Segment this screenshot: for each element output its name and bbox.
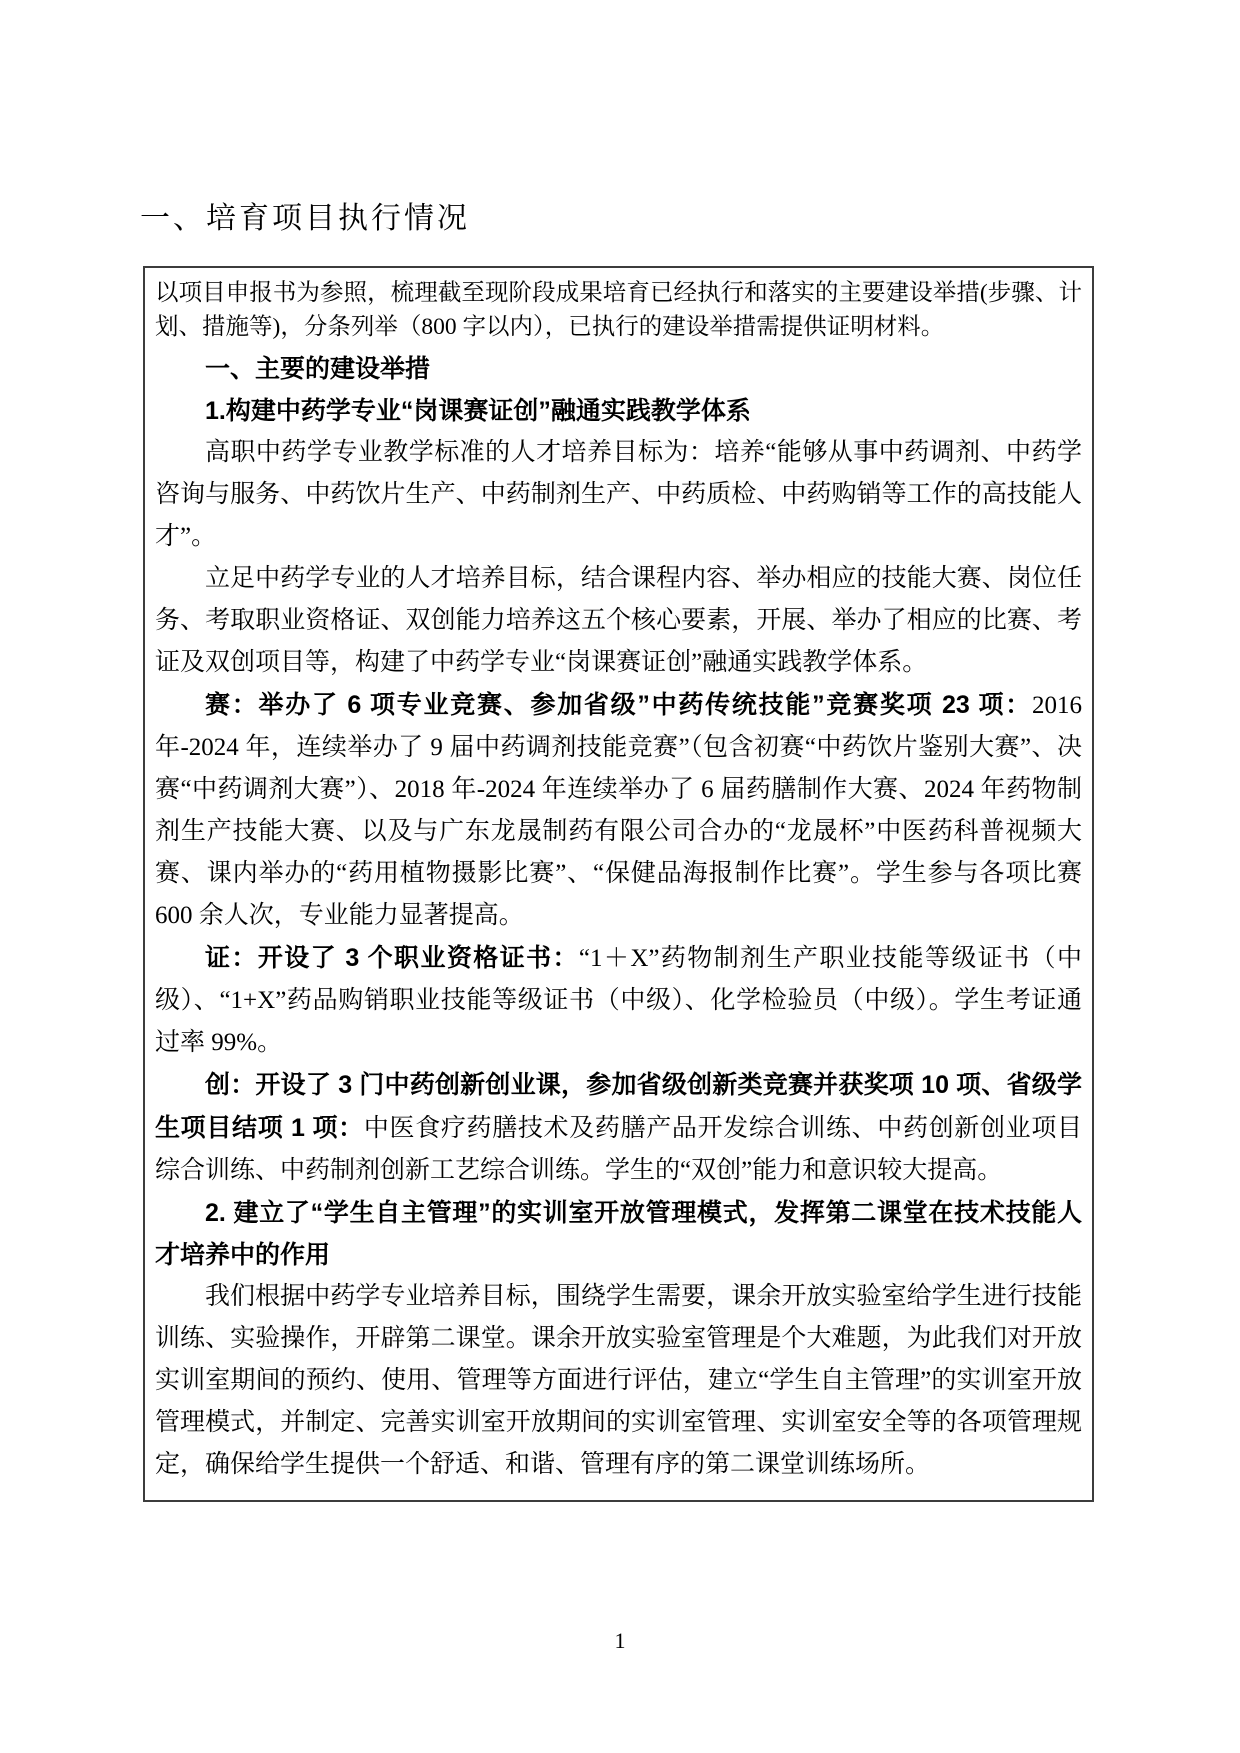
- competitions-lead-bold: 赛：举办了 6 项专业竞赛、参加省级”中药传统技能”竞赛奖项 23 项：: [205, 691, 1032, 719]
- heading-main-measures: 一、主要的建设举措: [155, 348, 1082, 390]
- paragraph-competitions: 赛：举办了 6 项专业竞赛、参加省级”中药传统技能”竞赛奖项 23 项：2016…: [155, 684, 1082, 937]
- paragraph-innovation: 创：开设了 3 门中药创新创业课，参加省级创新类竞赛并获奖项 10 项、省级学生…: [155, 1064, 1082, 1192]
- competitions-detail-text: 2016 年-2024 年，连续举办了 9 届中药调剂技能竞赛”（包含初赛“中药…: [155, 692, 1082, 929]
- certificates-lead-bold: 证：开设了 3 个职业资格证书：: [205, 944, 579, 972]
- paragraph-certificates: 证：开设了 3 个职业资格证书：“1＋X”药物制剂生产职业技能等级证书（中级）、…: [155, 937, 1082, 1064]
- page-number: 1: [0, 1628, 1240, 1654]
- heading-practice-system: 1.构建中药学专业“岗课赛证创”融通实践教学体系: [155, 390, 1082, 432]
- instruction-text: 以项目申报书为参照，梳理截至现阶段成果培育已经执行和落实的主要建设举措(步骤、计…: [155, 276, 1082, 344]
- paragraph-five-core-elements: 立足中药学专业的人才培养目标，结合课程内容、举办相应的技能大赛、岗位任务、考取职…: [155, 558, 1082, 684]
- section-title: 一、培育项目执行情况: [140, 193, 470, 237]
- heading-lab-management: 2. 建立了“学生自主管理”的实训室开放管理模式，发挥第二课堂在技术技能人才培养…: [155, 1192, 1082, 1276]
- paragraph-training-goal: 高职中药学专业教学标准的人才培养目标为：培养“能够从事中药调剂、中药学咨询与服务…: [155, 432, 1082, 558]
- content-box: 以项目申报书为参照，梳理截至现阶段成果培育已经执行和落实的主要建设举措(步骤、计…: [143, 266, 1094, 1502]
- document-page: 一、培育项目执行情况 以项目申报书为参照，梳理截至现阶段成果培育已经执行和落实的…: [0, 0, 1240, 1753]
- paragraph-lab-management: 我们根据中药学专业培养目标，围绕学生需要，课余开放实验室给学生进行技能训练、实验…: [155, 1276, 1082, 1486]
